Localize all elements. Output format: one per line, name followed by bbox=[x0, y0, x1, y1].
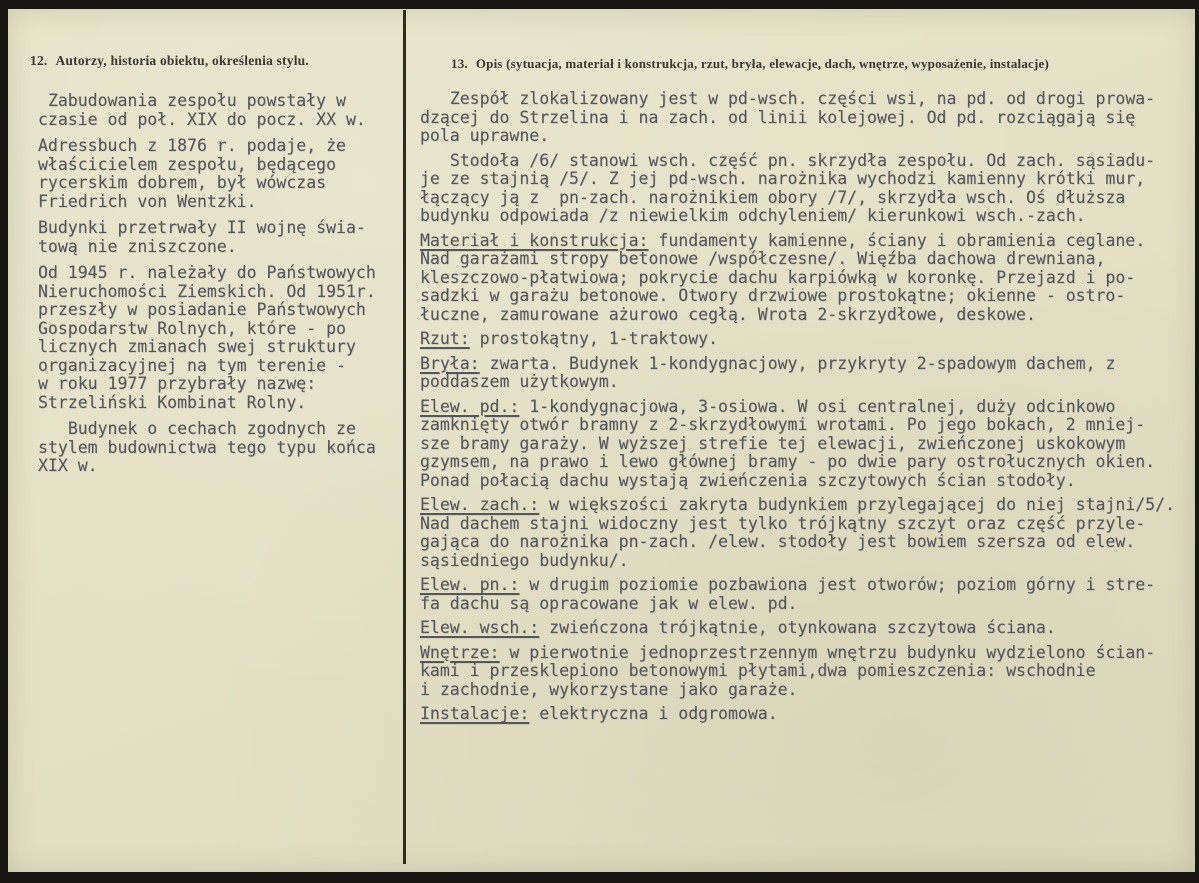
section-label-bryla: Bryła: bbox=[420, 354, 480, 373]
field-12-typed-text: Zabudowania zespołu powstały w czasie od… bbox=[38, 92, 394, 484]
section-label-elew-pn: Elew. pn.: bbox=[420, 575, 519, 594]
paragraph-text: prostokątny, 1-traktowy. bbox=[470, 329, 718, 348]
field-13-header: 13.Opis (sytuacja, materiał i konstrukcj… bbox=[451, 56, 1049, 72]
typed-paragraph: Stodoła /6/ stanowi wsch. część pn. skrz… bbox=[420, 152, 1196, 226]
field-13-number: 13. bbox=[451, 56, 468, 71]
paragraph-text: Budynek o cechach zgodnych ze stylem bud… bbox=[38, 419, 376, 475]
typed-paragraph: Elew. zach.: w większości zakryta budynk… bbox=[420, 496, 1196, 570]
typed-paragraph: Elew. pd.: 1-kondygnacjowa, 3-osiowa. W … bbox=[420, 398, 1196, 491]
typed-paragraph: Elew. wsch.: zwieńczona trójkątnie, otyn… bbox=[420, 619, 1196, 638]
paragraph-text: w drugim poziomie pozbawiona jest otworó… bbox=[420, 575, 1155, 613]
typed-paragraph: Zespół zlokalizowany jest w pd-wsch. czę… bbox=[420, 90, 1196, 146]
typed-paragraph: Rzut: prostokątny, 1-traktowy. bbox=[420, 330, 1196, 349]
section-label-material: Materiał i konstrukcja: bbox=[420, 231, 648, 250]
field-13-title: Opis (sytuacja, materiał i konstrukcja, … bbox=[476, 56, 1049, 71]
field-12-title: Autorzy, historia obiektu, określenia st… bbox=[55, 53, 308, 68]
paragraph-text: w pierwotnie jednoprzestrzennym wnętrzu … bbox=[420, 643, 1155, 699]
paragraph-text: zwieńczona trójkątnie, otynkowana szczyt… bbox=[539, 618, 1056, 637]
field-12-header: 12.Autorzy, historia obiektu, określenia… bbox=[30, 53, 309, 69]
typed-paragraph: Budynki przetrwały II wojnę świa- tową n… bbox=[38, 219, 394, 256]
typed-paragraph: Od 1945 r. należały do Państwowych Nieru… bbox=[38, 264, 394, 412]
paragraph-text: 1-kondygnacjowa, 3-osiowa. W osi central… bbox=[420, 397, 1155, 490]
paragraph-text: Budynki przetrwały II wojnę świa- tową n… bbox=[38, 218, 366, 256]
field-13-typed-text: Zespół zlokalizowany jest w pd-wsch. czę… bbox=[420, 90, 1196, 730]
section-label-wnetrze: Wnętrze: bbox=[420, 643, 499, 662]
field-12-number: 12. bbox=[30, 53, 47, 68]
paragraph-text: Od 1945 r. należały do Państwowych Nieru… bbox=[38, 263, 376, 412]
typed-paragraph: Bryła: zwarta. Budynek 1-kondygnacjowy, … bbox=[420, 355, 1196, 392]
paragraph-text: Zespół zlokalizowany jest w pd-wsch. czę… bbox=[420, 89, 1155, 145]
typed-paragraph: Elew. pn.: w drugim poziomie pozbawiona … bbox=[420, 576, 1196, 613]
column-divider bbox=[403, 10, 406, 864]
typed-paragraph: Instalacje: elektryczna i odgromowa. bbox=[420, 705, 1196, 724]
typed-paragraph: Budynek o cechach zgodnych ze stylem bud… bbox=[38, 420, 394, 476]
document-card-paper: 12.Autorzy, historia obiektu, określenia… bbox=[8, 9, 1195, 872]
section-label-elew-wsch: Elew. wsch.: bbox=[420, 618, 539, 637]
typed-paragraph: Materiał i konstrukcja: fundamenty kamie… bbox=[420, 232, 1196, 325]
paragraph-text: Stodoła /6/ stanowi wsch. część pn. skrz… bbox=[420, 151, 1155, 226]
typed-paragraph: Adressbuch z 1876 r. podaje, że właścici… bbox=[38, 137, 394, 211]
paragraph-text: Adressbuch z 1876 r. podaje, że właścici… bbox=[38, 136, 346, 211]
paragraph-text: elektryczna i odgromowa. bbox=[529, 704, 777, 723]
paragraph-text: Zabudowania zespołu powstały w czasie od… bbox=[38, 91, 366, 129]
typed-paragraph: Wnętrze: w pierwotnie jednoprzestrzennym… bbox=[420, 644, 1196, 700]
section-label-instalacje: Instalacje: bbox=[420, 704, 529, 723]
section-label-elew-zach: Elew. zach.: bbox=[420, 495, 539, 514]
typed-paragraph: Zabudowania zespołu powstały w czasie od… bbox=[38, 92, 394, 129]
section-label-rzut: Rzut: bbox=[420, 329, 470, 348]
section-label-elew-pd: Elew. pd.: bbox=[420, 397, 519, 416]
paragraph-text: zwarta. Budynek 1-kondygnacjowy, przykry… bbox=[420, 354, 1115, 392]
